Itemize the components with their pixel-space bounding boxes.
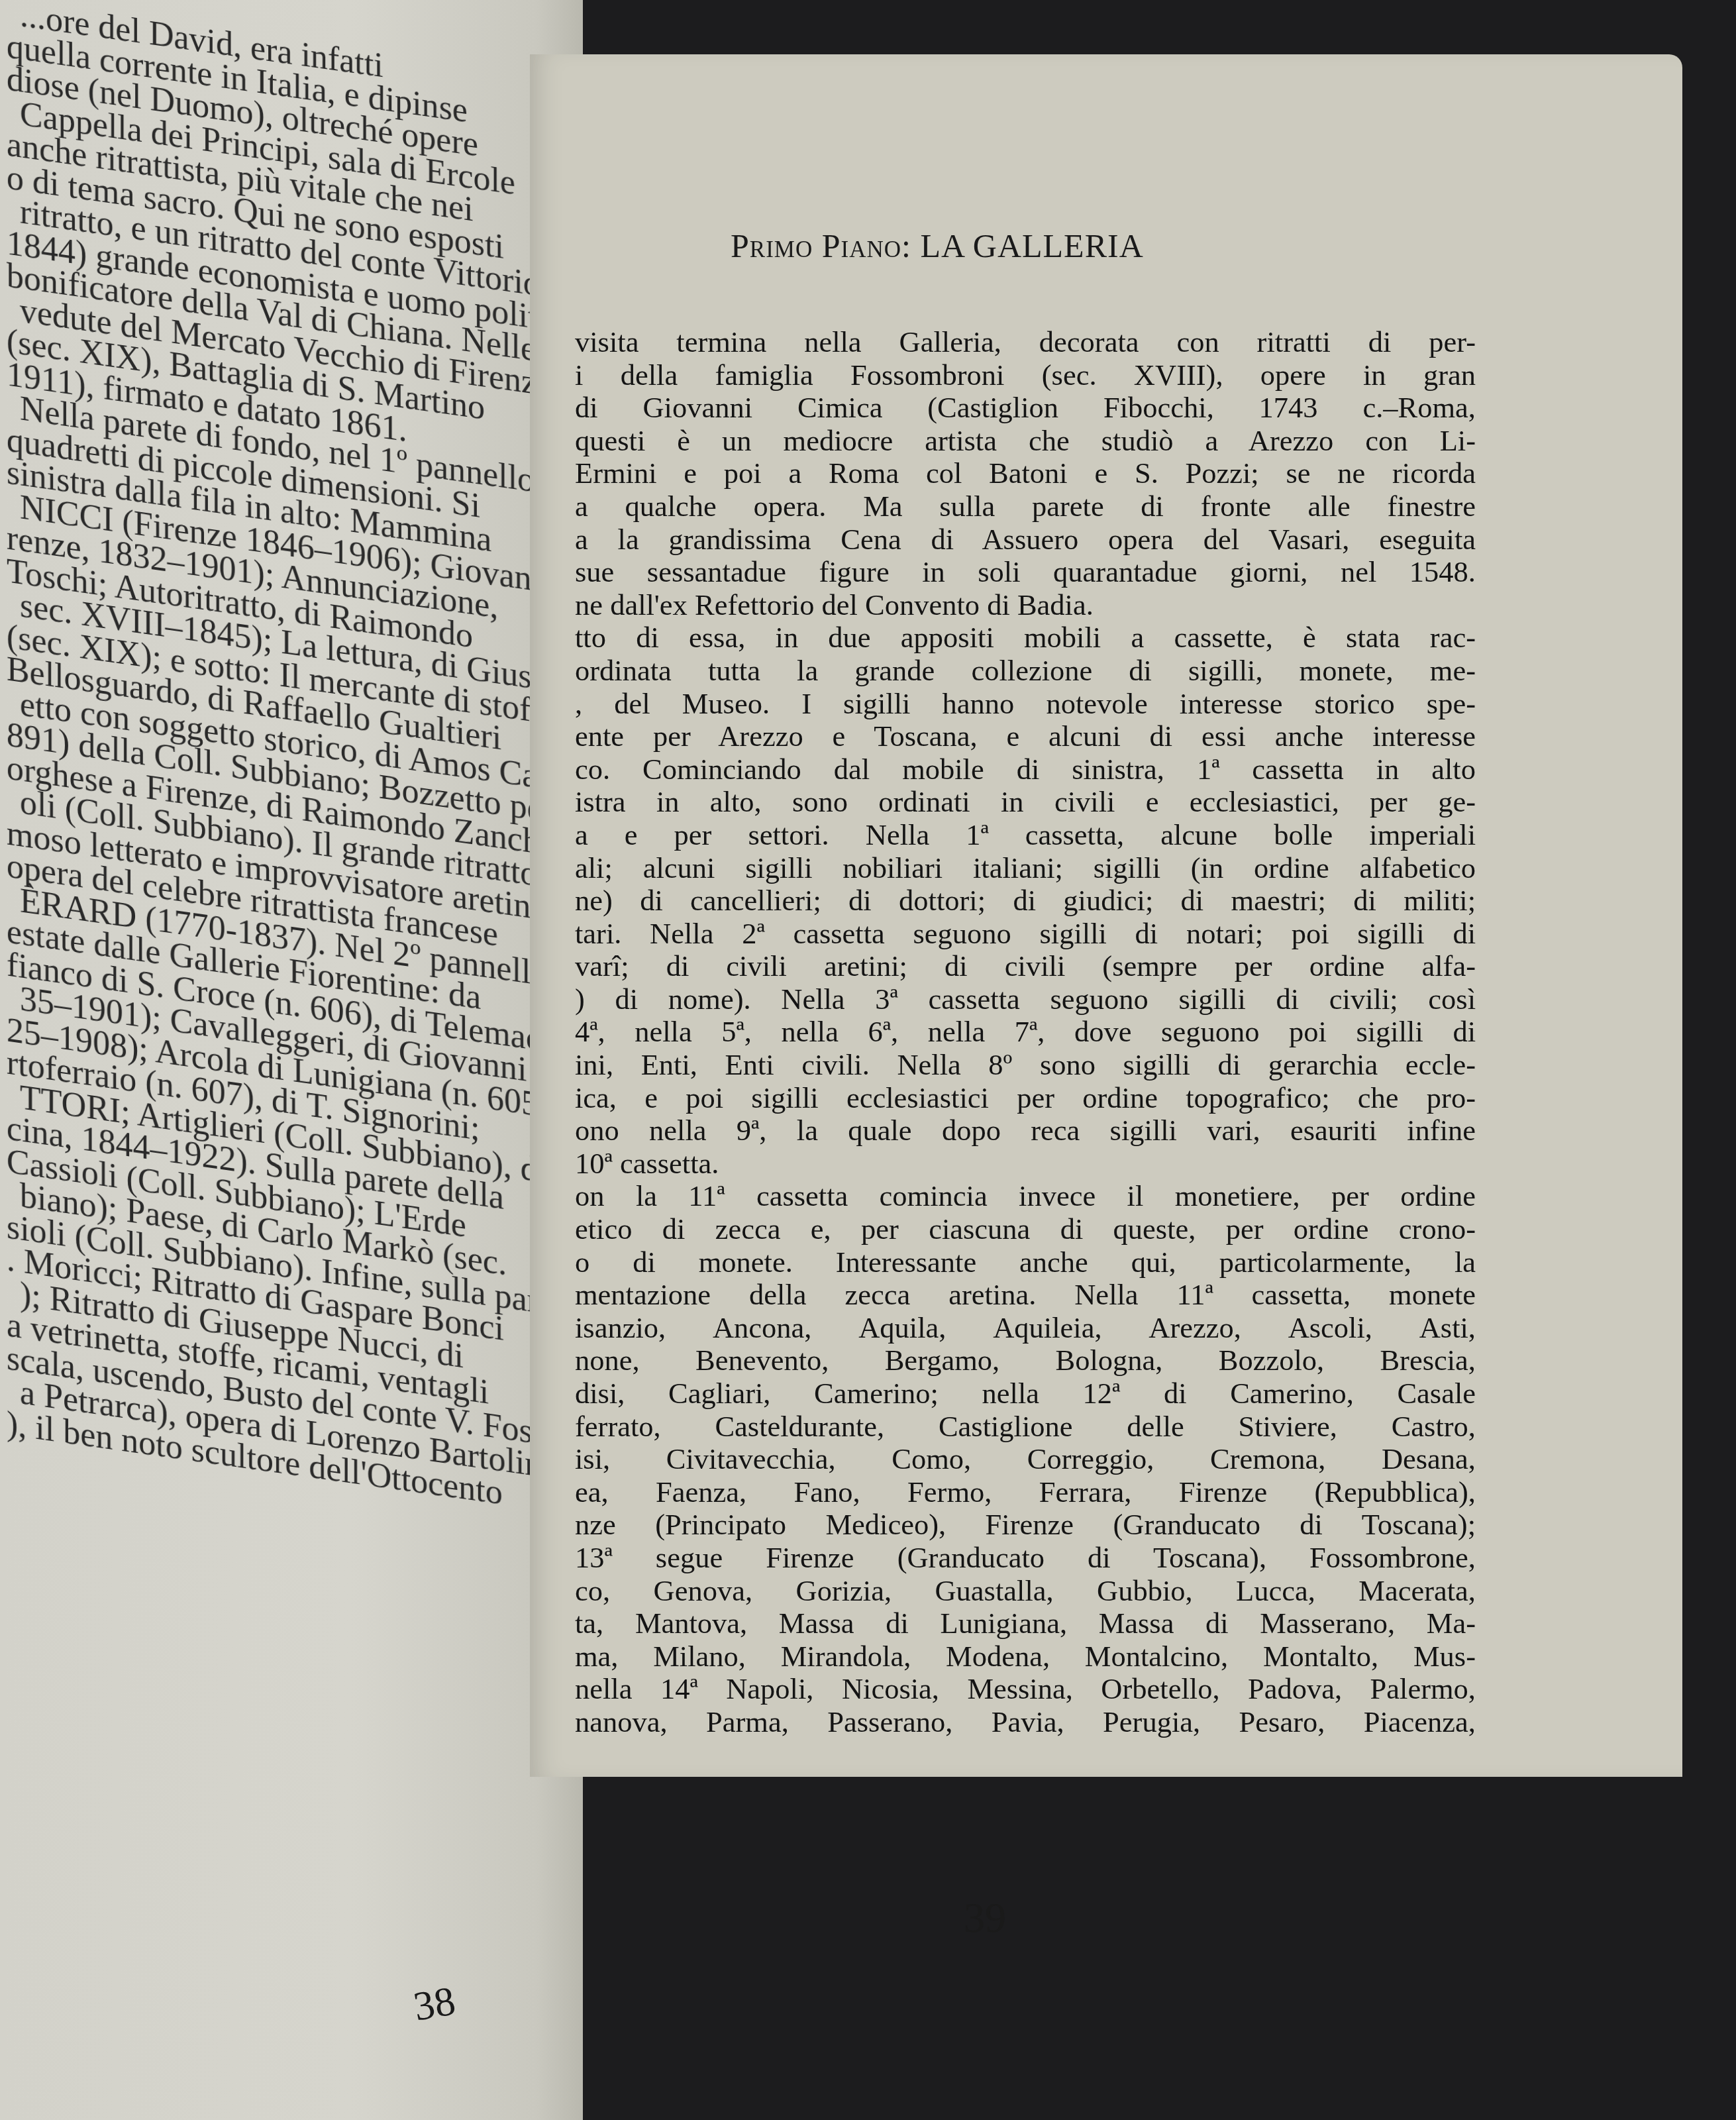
text-line: Ermini e poi a Roma col Batoni e S. Pozz… (575, 457, 1476, 490)
text-line: ini, Enti, Enti civili. Nella 8º sono si… (575, 1049, 1476, 1082)
left-page-38: ...ore del David, era infattiquella corr… (0, 0, 583, 2120)
text-line: , del Museo. I sigilli hanno notevole in… (575, 688, 1476, 721)
text-line: disi, Cagliari, Camerino; nella 12ª di C… (575, 1377, 1476, 1410)
page-number-right: 39 (964, 1893, 1006, 1942)
text-line: questi è un mediocre artista che studiò … (575, 425, 1476, 458)
text-line: ta, Mantova, Massa di Lunigiana, Massa d… (575, 1607, 1476, 1640)
text-line: isi, Civitavecchia, Como, Correggio, Cre… (575, 1443, 1476, 1476)
text-line: tto di essa, in due appositi mobili a ca… (575, 621, 1476, 655)
text-line: on la 11ª cassetta comincia invece il mo… (575, 1180, 1476, 1213)
text-line: tari. Nella 2ª cassetta seguono sigilli … (575, 918, 1476, 951)
text-line: nanova, Parma, Passerano, Pavia, Perugia… (575, 1706, 1476, 1739)
text-line: a qualche opera. Ma sulla parete di fron… (575, 490, 1476, 523)
text-line: isanzio, Ancona, Aquila, Aquileia, Arezz… (575, 1312, 1476, 1345)
text-line: ne dall'ex Refettorio del Convento di Ba… (575, 589, 1476, 622)
text-line: ordinata tutta la grande collezione di s… (575, 655, 1476, 688)
text-line: ea, Faenza, Fano, Fermo, Ferrara, Firenz… (575, 1476, 1476, 1509)
left-page-body-text: ...ore del David, era infattiquella corr… (0, 0, 583, 1522)
text-line: nze (Principato Mediceo), Firenze (Grand… (575, 1509, 1476, 1542)
text-line: di Giovanni Cimica (Castiglion Fibocchi,… (575, 392, 1476, 425)
text-line: 4ª, nella 5ª, nella 6ª, nella 7ª, dove s… (575, 1016, 1476, 1049)
page-number-left: 38 (410, 1978, 458, 2031)
text-line: ferrato, Casteldurante, Castiglione dell… (575, 1410, 1476, 1444)
text-line: a la grandissima Cena di Assuero opera d… (575, 523, 1476, 556)
text-line: ne) di cancellieri; di dottori; di giudi… (575, 884, 1476, 918)
text-line: ono nella 9ª, la quale dopo reca sigilli… (575, 1114, 1476, 1147)
text-line: sue sessantadue figure in soli quarantad… (575, 556, 1476, 589)
text-line: varî; di civili aretini; di civili (semp… (575, 950, 1476, 983)
running-head-section: Primo Piano: (731, 227, 911, 264)
text-line: ) di nome). Nella 3ª cassetta seguono si… (575, 983, 1476, 1016)
text-line: ica, e poi sigilli ecclesiastici per ord… (575, 1082, 1476, 1115)
text-line: istra in alto, sono ordinati in civili e… (575, 786, 1476, 819)
text-line: visita termina nella Galleria, decorata … (575, 326, 1476, 359)
text-line: 13ª segue Firenze (Granducato di Toscana… (575, 1542, 1476, 1575)
text-line: i della famiglia Fossombroni (sec. XVIII… (575, 359, 1476, 392)
running-head: Primo Piano: LA GALLERIA (731, 227, 1144, 265)
running-head-title: LA GALLERIA (920, 227, 1143, 264)
text-line: 10ª cassetta. (575, 1147, 1476, 1181)
text-line: ma, Milano, Mirandola, Modena, Montalcin… (575, 1640, 1476, 1673)
text-line: none, Benevento, Bergamo, Bologna, Bozzo… (575, 1344, 1476, 1377)
text-line: nella 14ª Napoli, Nicosia, Messina, Orbe… (575, 1673, 1476, 1706)
text-line: a e per settori. Nella 1ª cassetta, alcu… (575, 819, 1476, 852)
text-line: etico di zecca e, per ciascuna di queste… (575, 1213, 1476, 1246)
text-line: mentazione della zecca aretina. Nella 11… (575, 1279, 1476, 1312)
text-line: ente per Arezzo e Toscana, e alcuni di e… (575, 720, 1476, 753)
text-line: co. Cominciando dal mobile di sinistra, … (575, 753, 1476, 786)
text-line: o di monete. Interessante anche qui, par… (575, 1246, 1476, 1279)
text-line: co, Genova, Gorizia, Guastalla, Gubbio, … (575, 1575, 1476, 1608)
right-page-body-text: visita termina nella Galleria, decorata … (575, 326, 1476, 1739)
text-line: ali; alcuni sigilli nobiliari italiani; … (575, 852, 1476, 885)
